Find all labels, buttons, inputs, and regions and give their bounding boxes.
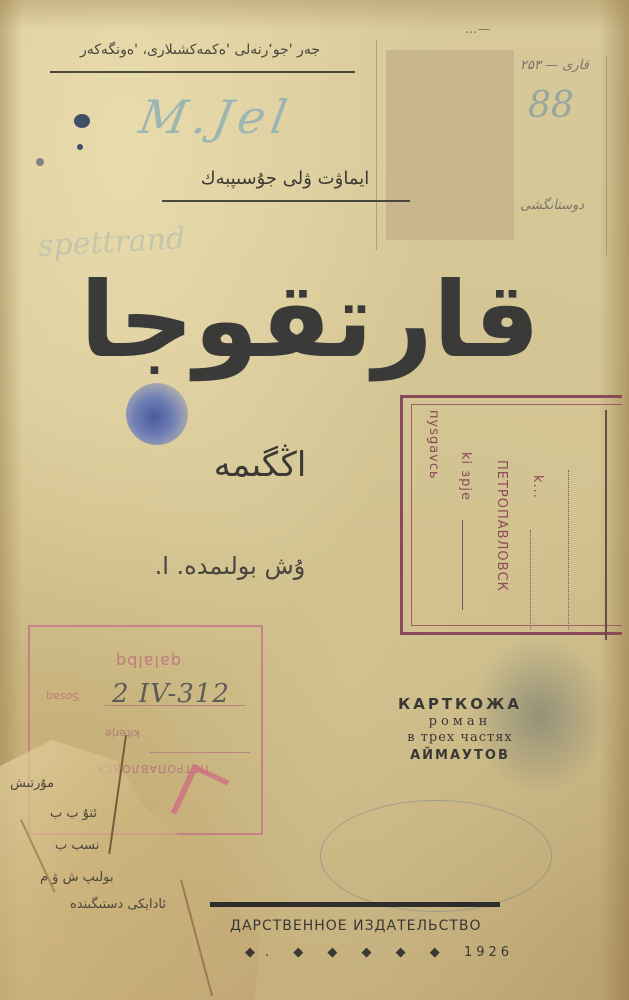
stamp-row-label: kiterje xyxy=(105,727,140,740)
footer-rule xyxy=(210,902,500,907)
handwritten-blue-note: M.Jel xyxy=(135,90,297,144)
handwritten-faint-note: spettrand xyxy=(37,221,186,264)
header-rule xyxy=(50,71,355,73)
stamp-label: пуsgavcь xyxy=(426,410,441,480)
ink-dot xyxy=(36,158,44,166)
stamp-city: ПЕТРОПАВЛОВСК xyxy=(494,460,509,592)
stamp-line xyxy=(150,752,250,753)
publication-year: 1926 xyxy=(464,945,513,960)
russian-parts: в трех частях xyxy=(370,730,550,745)
stamp-label: ki̇ ɜрje xyxy=(458,452,473,501)
margin-note: ئادايكى دستىگىندە xyxy=(70,897,166,912)
russian-title: КАРТКОЖА xyxy=(370,695,550,713)
stamp-row-label: Ѕоѕаq xyxy=(46,690,79,703)
series-line: جەر 'جوʻرنەلى 'ەكمەكشىلارى، 'ەونگەكەر xyxy=(45,42,355,58)
russian-title-block: КАРТКОЖА роман в трех частях АЙМАУТОВ xyxy=(370,695,550,763)
russian-genre: роман xyxy=(370,714,550,729)
margin-note: ئتۇ ب ب xyxy=(50,806,97,821)
stamp-label: k... xyxy=(530,475,545,499)
stamp-dotted-line xyxy=(568,470,569,630)
ink-dot xyxy=(77,144,83,150)
publisher-name: ДАРСТВЕННОЕ ИЗДАТЕЛЬСТВО xyxy=(230,918,510,934)
paper-edge-top xyxy=(0,0,629,30)
ink-blot xyxy=(126,383,188,445)
footer-ornament-row: ◆. ◆ ◆ ◆ ◆ ◆ 1926 xyxy=(245,945,513,960)
stamp-dotted-line xyxy=(462,520,463,610)
margin-note: بولىپ ش ۋ م xyxy=(40,870,114,885)
author-name: ايماۋت ۋلى جۇسىپبەك xyxy=(160,168,410,189)
pencil-number: 88 xyxy=(528,85,574,126)
pencil-note: ...— xyxy=(465,22,490,37)
pencil-note: ﺩﻭﺳﺘﺎﻧﮕﺸﻰ xyxy=(520,198,584,213)
stamp-title: qalalbq xyxy=(115,652,181,671)
redacted-label xyxy=(386,50,514,240)
margin-note: مۇرتىش xyxy=(10,776,54,791)
stamp-dotted-line xyxy=(530,530,531,630)
russian-author: АЙМАУТОВ xyxy=(370,748,550,763)
stamp-inner-border xyxy=(411,404,622,626)
book-title: قارتقوجا xyxy=(90,268,540,372)
book-parts: ۇش بولىمدە. ا. xyxy=(130,552,330,580)
stamp-edge-line xyxy=(605,410,607,640)
author-rule xyxy=(162,200,410,202)
margin-note: نسب ب xyxy=(55,838,99,853)
stamp-handwritten-number: 2 IV-312 xyxy=(112,679,230,709)
ornament: ◆. xyxy=(245,945,279,960)
book-genre: اڭگىمە xyxy=(180,445,340,485)
faint-oval-stamp xyxy=(320,800,552,912)
ornament: ◆ ◆ ◆ ◆ ◆ xyxy=(293,945,450,960)
pencil-line xyxy=(606,55,607,255)
pencil-line xyxy=(376,40,377,250)
ink-dot xyxy=(74,114,90,128)
pencil-note: ﻗﺎﺭﻯ — ۲۵۳ xyxy=(520,58,589,73)
book-cover: جەر 'جوʻرنەلى 'ەكمەكشىلارى، 'ەونگەكەر M.… xyxy=(0,0,629,1000)
